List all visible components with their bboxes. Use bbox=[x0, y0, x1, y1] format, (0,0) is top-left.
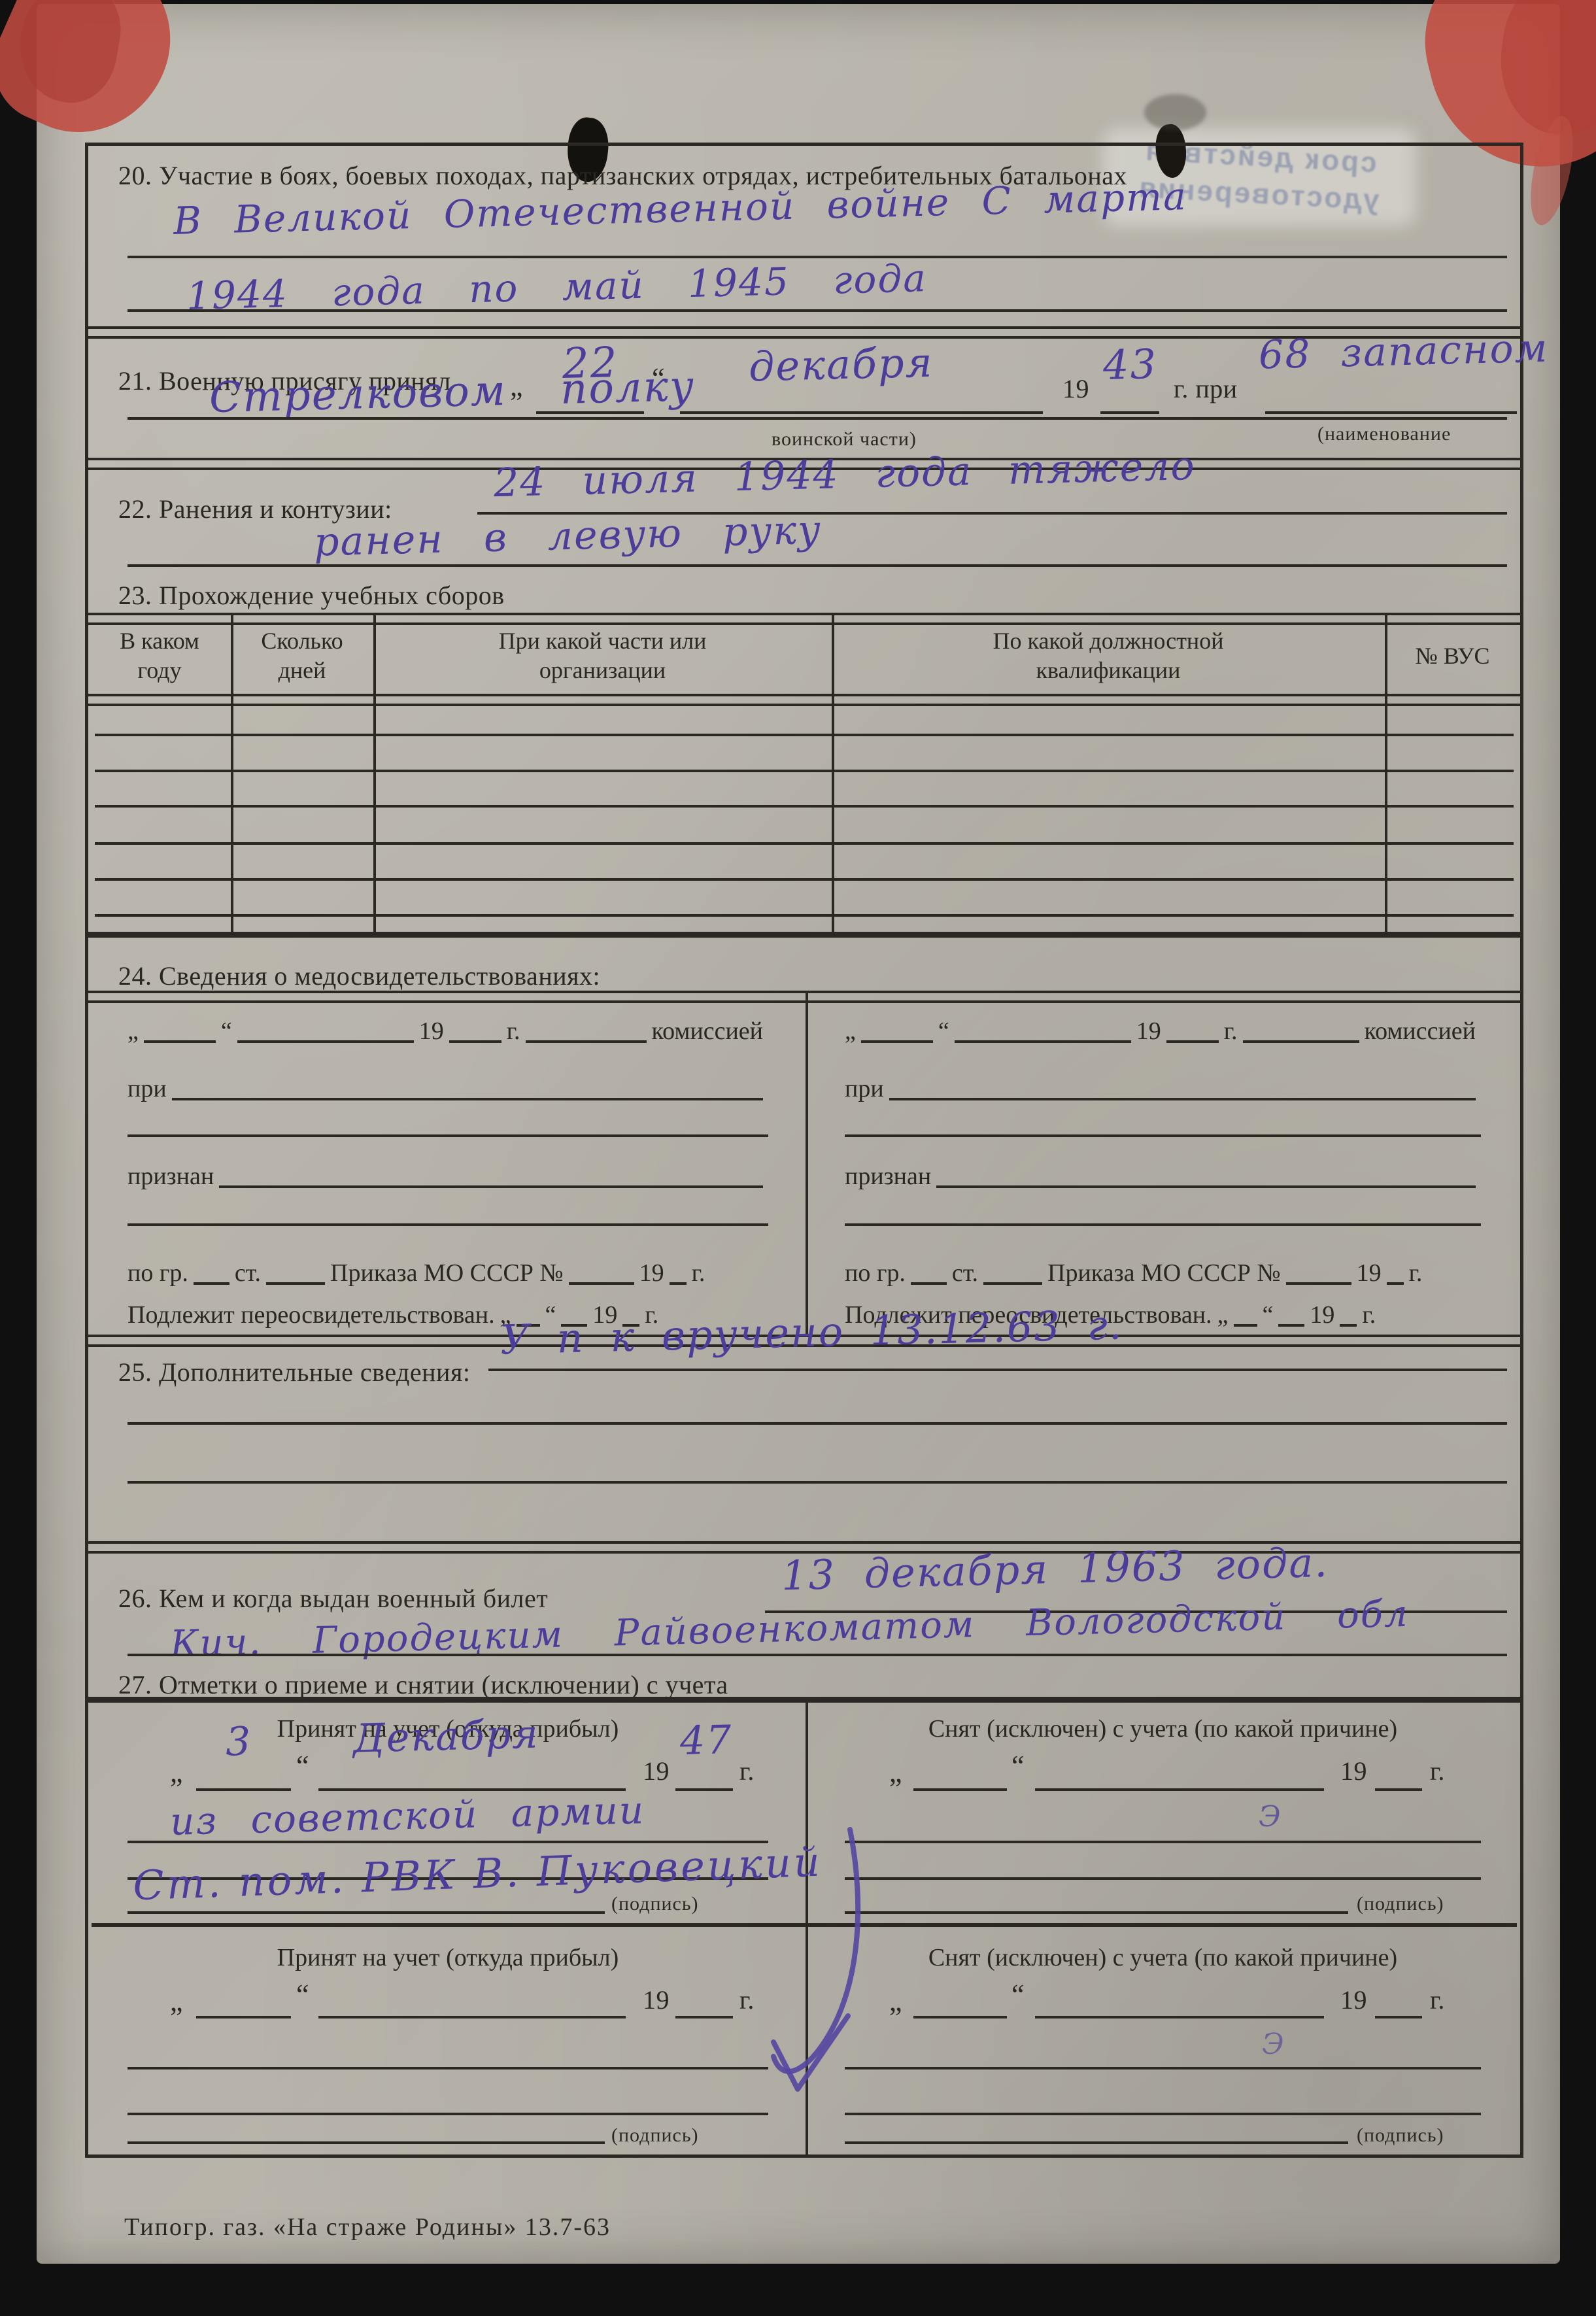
printed-po-gr: по гр. bbox=[127, 1259, 188, 1287]
printed-19: 19 bbox=[1340, 1756, 1367, 1786]
handwriting-accept-year: 47 bbox=[679, 1717, 733, 1764]
printed-prikaz: Приказа МО СССР № bbox=[1047, 1259, 1281, 1287]
quote-close: “ bbox=[1011, 1978, 1025, 2011]
write-line bbox=[318, 2016, 626, 2018]
blank-field bbox=[1243, 1032, 1359, 1043]
write-line bbox=[1375, 2016, 1422, 2018]
table-header-unit: При какой части или организации bbox=[373, 618, 832, 694]
blank-field bbox=[1278, 1316, 1304, 1327]
med-left-priznan-row: признан bbox=[127, 1162, 768, 1191]
blank-field bbox=[569, 1274, 634, 1285]
quote-open: „ bbox=[170, 1756, 183, 1789]
table-header-days-label: Сколько дней bbox=[253, 626, 351, 685]
write-line bbox=[913, 1788, 1007, 1791]
quote-open: „ bbox=[889, 1756, 902, 1789]
blank-field bbox=[955, 1032, 1131, 1043]
write-line bbox=[845, 2067, 1481, 2069]
quote-close: “ bbox=[296, 1749, 309, 1782]
section26-label: 26. Кем и когда выдан военный билет bbox=[118, 1583, 548, 1614]
section25-label: 25. Дополнительные сведения: bbox=[118, 1357, 470, 1388]
blank-field bbox=[526, 1032, 647, 1043]
blank-field bbox=[1387, 1274, 1404, 1285]
printed-pri: при bbox=[127, 1074, 167, 1103]
section24-title: 24. Сведения о медосвидетельствованиях: bbox=[118, 961, 600, 991]
table-blank-line bbox=[95, 914, 1514, 917]
write-line bbox=[845, 2141, 1348, 2144]
printed-19: 19 bbox=[1062, 373, 1089, 404]
quote-close: “ bbox=[1263, 1301, 1274, 1329]
printed-pri: при bbox=[845, 1074, 884, 1103]
handwriting-accept-month: Декабря bbox=[352, 1712, 539, 1762]
blank-field bbox=[670, 1274, 687, 1285]
blank-field bbox=[172, 1090, 763, 1100]
write-line bbox=[675, 1788, 733, 1791]
med-block-divider bbox=[806, 993, 808, 1337]
med-right-priznan-row: признан bbox=[845, 1162, 1481, 1191]
accept-header-label: Принят на учет (откуда прибыл) bbox=[277, 1943, 619, 1974]
printed-19: 19 bbox=[1310, 1301, 1334, 1329]
printed-g: г. bbox=[1362, 1301, 1376, 1329]
write-line bbox=[1035, 1788, 1324, 1791]
blank-field bbox=[194, 1274, 229, 1285]
write-line bbox=[127, 417, 1507, 420]
quote-open: „ bbox=[1217, 1301, 1229, 1329]
handwriting-unit-line1: 68 запасном bbox=[1258, 326, 1549, 379]
printer-imprint: Типогр. газ. «На страже Родины» 13.7-63 bbox=[124, 2213, 611, 2241]
printed-priznan: признан bbox=[127, 1162, 214, 1191]
printed-st: ст. bbox=[952, 1259, 978, 1287]
remove-header-label: Снят (исключен) с учета (по какой причин… bbox=[928, 1943, 1397, 1974]
write-line bbox=[845, 1877, 1481, 1880]
table-header-days: Сколько дней bbox=[231, 618, 373, 694]
table-header-year-label: В каком году bbox=[110, 626, 209, 685]
blank-field bbox=[1166, 1032, 1219, 1043]
write-line bbox=[127, 1422, 1507, 1425]
blank-line bbox=[845, 1134, 1481, 1137]
printed-19: 19 bbox=[1136, 1017, 1161, 1046]
printed-19: 19 bbox=[1357, 1259, 1382, 1287]
blank-field bbox=[889, 1090, 1476, 1100]
blank-line bbox=[127, 1134, 768, 1137]
blank-field bbox=[219, 1178, 763, 1188]
printed-po-gr: по гр. bbox=[845, 1259, 906, 1287]
blank-field bbox=[911, 1274, 947, 1285]
remove-header-row2: Снят (исключен) с учета (по какой причин… bbox=[845, 1943, 1481, 1974]
table-header-vus: № ВУС bbox=[1385, 618, 1520, 694]
med-left-date-row: „ “ 19 г. комиссией bbox=[127, 1017, 768, 1046]
printed-g: г. bbox=[507, 1017, 520, 1046]
form-frame: 20. Участие в боях, боевых походах, парт… bbox=[85, 143, 1523, 2158]
quote-close: “ bbox=[296, 1978, 309, 2011]
printed-priznan: признан bbox=[845, 1162, 931, 1191]
write-line bbox=[196, 1788, 291, 1791]
table-header-unit-label: При какой части или организации bbox=[462, 626, 743, 685]
printed-g-pri: г. при bbox=[1174, 373, 1238, 404]
paper-sheet: срок действия удостоверения 20. Участие … bbox=[37, 4, 1560, 2264]
section23-title: 23. Прохождение учебных сборов bbox=[118, 580, 505, 611]
quote-open: „ bbox=[170, 1984, 183, 2018]
caption-voinskoy-chasti: воинской части) bbox=[772, 428, 917, 451]
med-right-order-row: по гр. ст. Приказа МО СССР № 19 г. bbox=[845, 1259, 1481, 1287]
handwriting-accept-origin: из советской армии bbox=[169, 1788, 645, 1844]
write-line bbox=[680, 411, 1043, 414]
blank-field bbox=[1340, 1316, 1357, 1327]
registry-table-top bbox=[85, 1697, 1523, 1703]
blank-field bbox=[237, 1032, 414, 1043]
table-blank-line bbox=[95, 734, 1514, 736]
write-line bbox=[127, 564, 1507, 567]
printed-19: 19 bbox=[1340, 1984, 1367, 2015]
write-line bbox=[913, 2016, 1007, 2018]
printed-g: г. bbox=[692, 1259, 705, 1287]
blank-field bbox=[144, 1032, 216, 1043]
blank-field bbox=[1234, 1316, 1257, 1327]
table-blank-line bbox=[95, 770, 1514, 772]
write-line bbox=[127, 2113, 768, 2115]
printed-g: г. bbox=[1224, 1017, 1238, 1046]
write-line bbox=[845, 2113, 1481, 2115]
quote-close: “ bbox=[221, 1017, 232, 1046]
caption-naimenovanie: (наименование bbox=[1317, 423, 1451, 445]
write-line bbox=[127, 2141, 605, 2144]
smudge-mark bbox=[1144, 94, 1206, 131]
remove-header-label: Снят (исключен) с учета (по какой причин… bbox=[928, 1714, 1397, 1745]
table-blank-line bbox=[95, 878, 1514, 881]
blank-field bbox=[861, 1032, 933, 1043]
quote-close: “ bbox=[938, 1017, 949, 1046]
caption-podpis: (подпись) bbox=[1357, 2124, 1444, 2147]
handwriting-oath-year: 43 bbox=[1102, 340, 1158, 389]
blank-field bbox=[449, 1032, 501, 1043]
printed-prikaz: Приказа МО СССР № bbox=[330, 1259, 564, 1287]
blank-field bbox=[1286, 1274, 1351, 1285]
printed-19: 19 bbox=[643, 1756, 670, 1786]
write-line bbox=[127, 309, 1507, 312]
printed-commission: комиссией bbox=[652, 1017, 763, 1046]
table-blank-line bbox=[95, 805, 1514, 808]
write-line bbox=[1035, 2016, 1324, 2018]
med-block-top bbox=[85, 991, 1523, 1003]
printed-g: г. bbox=[1430, 1984, 1445, 2015]
write-line bbox=[127, 1911, 605, 1914]
handwriting-wounds-1: 24 июля 1944 года тяжело bbox=[493, 443, 1196, 506]
handwriting-accept-day: 3 bbox=[225, 1719, 252, 1765]
write-line bbox=[1100, 411, 1159, 414]
write-line bbox=[196, 2016, 291, 2018]
printed-commission: комиссией bbox=[1365, 1017, 1476, 1046]
printed-st: ст. bbox=[235, 1259, 261, 1287]
table-header-border bbox=[88, 694, 1520, 706]
printed-g: г. bbox=[1409, 1259, 1423, 1287]
section27-title: 27. Отметки о приеме и снятии (исключени… bbox=[118, 1669, 728, 1700]
write-line bbox=[127, 1481, 1507, 1484]
printed-19: 19 bbox=[639, 1259, 664, 1287]
ink-mark-e: Э bbox=[1262, 2028, 1284, 2061]
printed-19: 19 bbox=[419, 1017, 444, 1046]
write-line bbox=[1265, 411, 1517, 414]
write-line bbox=[127, 2067, 768, 2069]
caption-podpis: (подпись) bbox=[1357, 1893, 1444, 1915]
caption-podpis: (подпись) bbox=[611, 1893, 699, 1915]
printed-g: г. bbox=[1430, 1756, 1445, 1786]
printed-19: 19 bbox=[643, 1984, 670, 2015]
blank-line bbox=[845, 1223, 1481, 1226]
table-header-year: В каком году bbox=[88, 618, 231, 694]
table-header-qualification: По какой должностной квалификации bbox=[832, 618, 1385, 694]
med-left-order-row: по гр. ст. Приказа МО СССР № 19 г. bbox=[127, 1259, 768, 1287]
table-blank-line bbox=[95, 842, 1514, 845]
write-line bbox=[845, 1911, 1348, 1914]
table-bottom-border bbox=[85, 932, 1523, 938]
printed-podlezhit: Подлежит переосвидетельствован. bbox=[127, 1301, 495, 1329]
printed-g: г. bbox=[739, 1756, 755, 1786]
accept-header-row2: Принят на учет (откуда прибыл) bbox=[127, 1943, 768, 1974]
write-line bbox=[1375, 1788, 1422, 1791]
med-right-pri-row: при bbox=[845, 1074, 1481, 1103]
handwriting-oath-month: декабря bbox=[748, 339, 934, 391]
blank-field bbox=[266, 1274, 325, 1285]
caption-podpis: (подпись) bbox=[611, 2124, 699, 2147]
blank-line bbox=[127, 1223, 768, 1226]
write-line bbox=[127, 1654, 1507, 1656]
remove-header-row1: Снят (исключен) с учета (по какой причин… bbox=[845, 1714, 1481, 1745]
write-line bbox=[845, 1841, 1481, 1843]
quote-open: „ bbox=[845, 1017, 856, 1046]
quote-close: “ bbox=[1011, 1749, 1025, 1782]
signature-flourish bbox=[696, 1820, 892, 2120]
blank-field bbox=[936, 1178, 1476, 1188]
med-left-pri-row: при bbox=[127, 1074, 768, 1103]
table-header-qualification-label: По какой должностной квалификации bbox=[961, 626, 1255, 685]
table-header-vus-label: № ВУС bbox=[1416, 641, 1490, 671]
quote-open: „ bbox=[127, 1017, 139, 1046]
write-line bbox=[488, 1369, 1507, 1371]
ink-mark-e: Э bbox=[1259, 1800, 1281, 1833]
scanned-document: срок действия удостоверения 20. Участие … bbox=[0, 0, 1596, 2316]
med-right-date-row: „ “ 19 г. комиссией bbox=[845, 1017, 1481, 1046]
blank-field bbox=[983, 1274, 1042, 1285]
